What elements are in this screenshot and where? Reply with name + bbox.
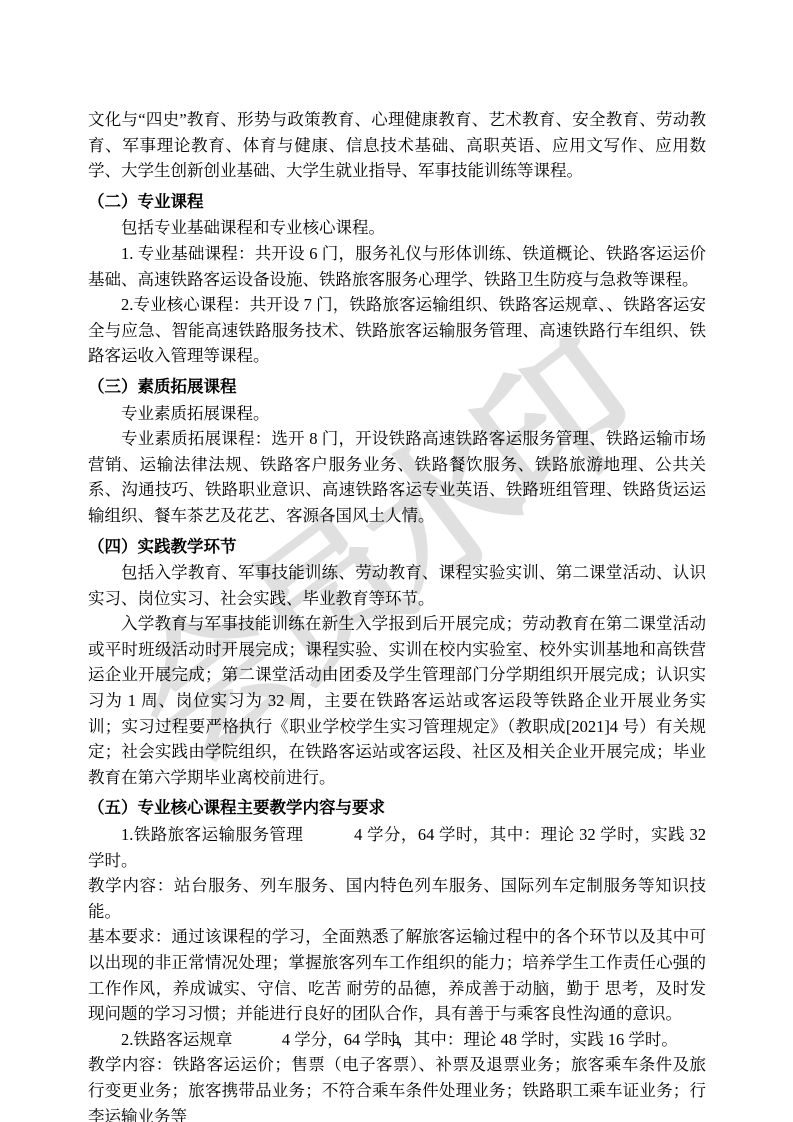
document-page: 会员水印 文化与“四史”教育、形势与政策教育、心理健康教育、艺术教育、安全教育、… <box>0 0 793 1122</box>
paragraph-course-2-teaching-content: 教学内容：铁路客运运价；售票（电子客票）、补票及退票业务；旅客乘车条件及旅行变更… <box>88 1052 706 1122</box>
paragraph-professional-courses-intro: 包括专业基础课程和专业核心课程。 <box>88 215 706 241</box>
paragraph-course-1-passenger-transport-service-management: 1.铁路旅客运输服务管理 4 学分，64 学时，其中：理论 32 学时，实践 3… <box>88 822 706 873</box>
heading-section-2-professional-courses: （二）专业课程 <box>88 190 706 216</box>
paragraph-quality-expansion-course-list: 专业素质拓展课程：选开 8 门，开设铁路高速铁路客运服务管理、铁路运输市场营销、… <box>88 426 706 528</box>
paragraph-quality-expansion-intro: 专业素质拓展课程。 <box>88 401 706 427</box>
paragraph-course-1-basic-requirements: 基本要求：通过该课程的学习，全面熟悉了解旅客运输过程中的各个环节以及其中可以出现… <box>88 924 706 1026</box>
paragraph-professional-core-courses: 2.专业核心课程：共开设 7 门，铁路旅客运输组织、铁路客运规章、、铁路客运安全… <box>88 292 706 369</box>
paragraph-practical-teaching-items: 包括入学教育、军事技能训练、劳动教育、课程实验实训、第二课堂活动、认识实习、岗位… <box>88 560 706 611</box>
paragraph-practical-teaching-arrangements: 入学教育与军事技能训练在新生入学报到后开展完成；劳动教育在第二课堂活动或平时班级… <box>88 611 706 790</box>
heading-section-4-practical-teaching: （四）实践教学环节 <box>88 535 706 561</box>
heading-section-3-quality-expansion-courses: （三）素质拓展课程 <box>88 375 706 401</box>
heading-section-5-core-course-content-requirements: （五）专业核心课程主要教学内容与要求 <box>88 796 706 822</box>
paragraph-general-courses-continued: 文化与“四史”教育、形势与政策教育、心理健康教育、艺术教育、安全教育、劳动教育、… <box>88 107 706 184</box>
document-text-body: 文化与“四史”教育、形势与政策教育、心理健康教育、艺术教育、安全教育、劳动教育、… <box>88 107 706 1122</box>
paragraph-professional-basic-courses: 1. 专业基础课程：共开设 6 门，服务礼仪与形体训练、铁道概论、铁路客运运价基… <box>88 241 706 292</box>
page-number: 4 <box>0 1033 793 1051</box>
paragraph-course-1-teaching-content: 教学内容：站台服务、列车服务、国内特色列车服务、国际列车定制服务等知识技能。 <box>88 873 706 924</box>
